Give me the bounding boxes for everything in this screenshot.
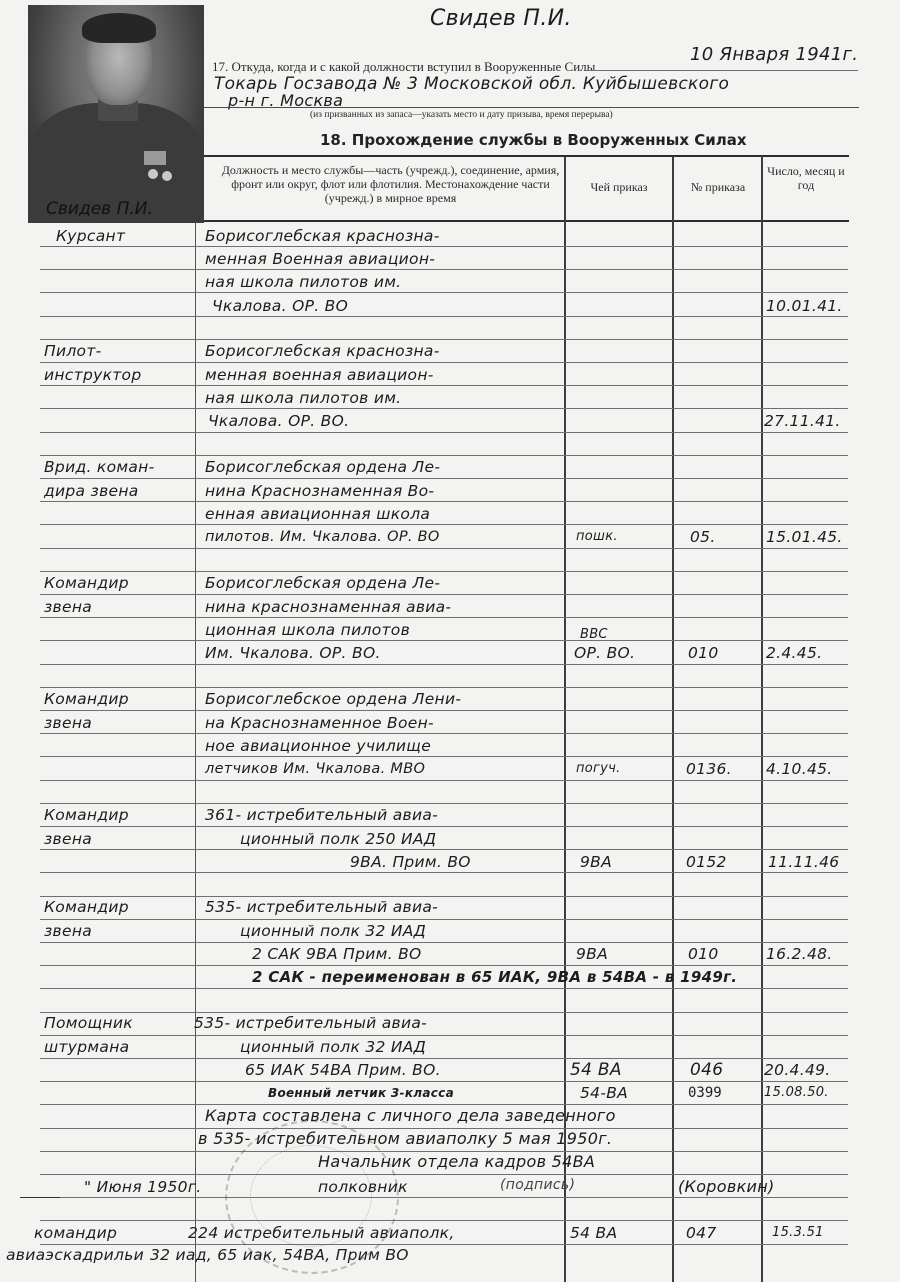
entry-place-line: ное авиационное училище (205, 735, 431, 757)
handwritten-surname: Свидев П.И. (430, 6, 572, 31)
entry-place-line: Борисоглебское ордена Лени- (205, 688, 461, 710)
entry-whose-order: погуч. (576, 758, 621, 780)
entry-place-line: на Краснознаменное Воен- (205, 712, 434, 734)
closing-note-line: в 535- истребительном авиаполку 5 мая 19… (198, 1128, 612, 1150)
table-top-border (204, 155, 849, 157)
entry-date: 15.01.45. (766, 526, 843, 548)
entry-position: звена (44, 920, 92, 942)
entry-order-number: 0136. (686, 758, 732, 780)
entry-position: Пилот- (44, 340, 102, 362)
entry-position: штурмана (44, 1036, 129, 1058)
entry-order-number: 047 (686, 1222, 717, 1244)
entry-position: Врид. коман- (44, 456, 154, 478)
entry-position: инструктор (44, 364, 141, 386)
section17-label: 17. Откуда, когда и с какой должности вс… (212, 59, 595, 75)
entry-position: звена (44, 712, 92, 734)
entry-order-number: 0399 (688, 1082, 722, 1104)
column-header-whose-order: Чей приказ (566, 180, 672, 194)
medal-ribbon-icon (144, 151, 166, 165)
entry-place-line: нина Краснознаменная Во- (205, 480, 434, 502)
entry-date: 16.2.48. (766, 943, 833, 965)
entry-rename-note: 2 САК - переименован в 65 ИАК, 9ВА в 54В… (252, 966, 737, 988)
entry-place-line: Чкалова. ОР. ВО. (208, 410, 349, 432)
entry-place-line: летчиков Им. Чкалова. МВО (205, 758, 425, 780)
entry-order-number: 010 (688, 943, 719, 965)
entry-date: 4.10.45. (766, 758, 833, 780)
entry-date: 20.4.49. (764, 1059, 831, 1081)
entry-place-line: Борисоглебская ордена Ле- (205, 456, 440, 478)
entry-place-line: ционная школа пилотов (205, 619, 410, 641)
column-divider-date (761, 156, 763, 1282)
personal-photo: Свидев П.И. (28, 5, 204, 223)
entry-place-line: 2 САК 9ВА Прим. ВО (252, 943, 422, 965)
entry-order-number: 0152 (686, 851, 727, 873)
entry-order-number: 010 (688, 642, 719, 664)
entry-whose-order: 9ВА (576, 943, 608, 965)
entry-whose-order: 54-ВА (580, 1082, 628, 1104)
column-divider-position (195, 222, 196, 1282)
entry-place-line: енная авиационная школа (205, 503, 430, 525)
entry-whose-order: 9ВА (580, 851, 612, 873)
signer-rank: полковник (318, 1176, 408, 1198)
column-divider-order-number (672, 156, 674, 1282)
entry-date: 2.4.45. (766, 642, 822, 664)
medal-icon (162, 171, 172, 181)
entry-date: 15.08.50. (764, 1082, 829, 1104)
signer-name: (Коровкин) (678, 1176, 775, 1198)
closing-date-blank-underline (20, 1197, 60, 1198)
signer-signature: (подпись) (500, 1174, 575, 1196)
entry-place-line: Борисоглебская ордена Ле- (205, 572, 440, 594)
entry-place-line: Борисоглебская краснозна- (205, 340, 440, 362)
section17-date: 10 Января 1941г. (690, 44, 858, 65)
entry-whose-order: 54 ВА (570, 1222, 617, 1244)
entry-place-line: 535- истребительный авиа- (194, 1012, 427, 1034)
entry-qualification: Военный летчик 3-класса (268, 1082, 454, 1104)
entry-position: командир (34, 1222, 117, 1244)
entry-place-line: ционный полк 250 ИАД (240, 828, 436, 850)
entry-place-line: 361- истребительный авиа- (205, 804, 438, 826)
entry-position: Командир (44, 572, 129, 594)
entry-place-line: Чкалова. ОР. ВО (212, 295, 348, 317)
entry-position: Командир (44, 688, 129, 710)
entry-place-line: ная школа пилотов им. (205, 387, 401, 409)
entry-position: Командир (44, 804, 129, 826)
entry-place-line: Им. Чкалова. ОР. ВО. (205, 642, 381, 664)
entry-place-line: 224 истребительный авиаполк, (188, 1222, 455, 1244)
entry-position: звена (44, 828, 92, 850)
entry-order-number: 046 (690, 1059, 723, 1081)
entry-place-line: Борисоглебская краснозна- (205, 225, 440, 247)
entry-date: 10.01.41. (766, 295, 843, 317)
entry-place-line: 535- истребительный авиа- (205, 896, 438, 918)
entry-position: Помощник (44, 1012, 133, 1034)
entry-position: Командир (44, 896, 129, 918)
column-header-date: Число, месяц и год (766, 164, 846, 192)
entry-position: дира звена (44, 480, 139, 502)
section17-date-underline (586, 70, 858, 71)
entry-date: 27.11.41. (764, 410, 841, 432)
entry-date: 15.3.51 (772, 1222, 824, 1244)
entry-date: 11.11.46 (768, 851, 839, 873)
entry-place-line: ционный полк 32 ИАД (240, 1036, 426, 1058)
section17-underline (204, 107, 859, 108)
entry-place-line: нина краснознаменная авиа- (205, 596, 451, 618)
column-header-order-number: № приказа (674, 180, 762, 194)
entry-position: авиаэскадрильи (6, 1244, 144, 1266)
entry-place-line: 32 иад, 65 иак, 54ВА, Прим ВО (150, 1244, 409, 1266)
closing-note-line: Начальник отдела кадров 54ВА (318, 1151, 595, 1173)
entry-place-line: ционный полк 32 ИАД (240, 920, 426, 942)
table-header-bottom-border (204, 220, 849, 222)
column-header-position-place: Должность и место службы—часть (учрежд.)… (218, 163, 563, 205)
entry-whose-order: пошк. (576, 526, 618, 548)
medal-icon (148, 169, 158, 179)
entry-whose-order: ОР. ВО. (574, 642, 635, 664)
section17-note: (из призванных из запаса—указать место и… (310, 110, 613, 120)
photo-hair (82, 13, 156, 43)
entry-place-line: 9ВА. Прим. ВО (350, 851, 471, 873)
entry-place-line: ная школа пилотов им. (205, 271, 401, 293)
closing-note-line: Карта составлена с личного дела заведенн… (205, 1105, 616, 1127)
entry-place-line: 65 ИАК 54ВА Прим. ВО. (245, 1059, 441, 1081)
entry-position: Курсант (56, 225, 125, 247)
entry-order-number: 05. (690, 526, 716, 548)
entry-place-line: менная военная авиацион- (205, 364, 434, 386)
entry-position: звена (44, 596, 92, 618)
photo-signature: Свидев П.И. (46, 199, 153, 219)
section18-title: 18. Прохождение службы в Вооруженных Сил… (320, 131, 747, 149)
closing-date: " Июня 1950г. (84, 1176, 202, 1198)
entry-place-line: менная Военная авиацион- (205, 248, 435, 270)
entry-place-line: пилотов. Им. Чкалова. ОР. ВО (205, 526, 440, 548)
entry-whose-order: 54 ВА (570, 1059, 622, 1081)
